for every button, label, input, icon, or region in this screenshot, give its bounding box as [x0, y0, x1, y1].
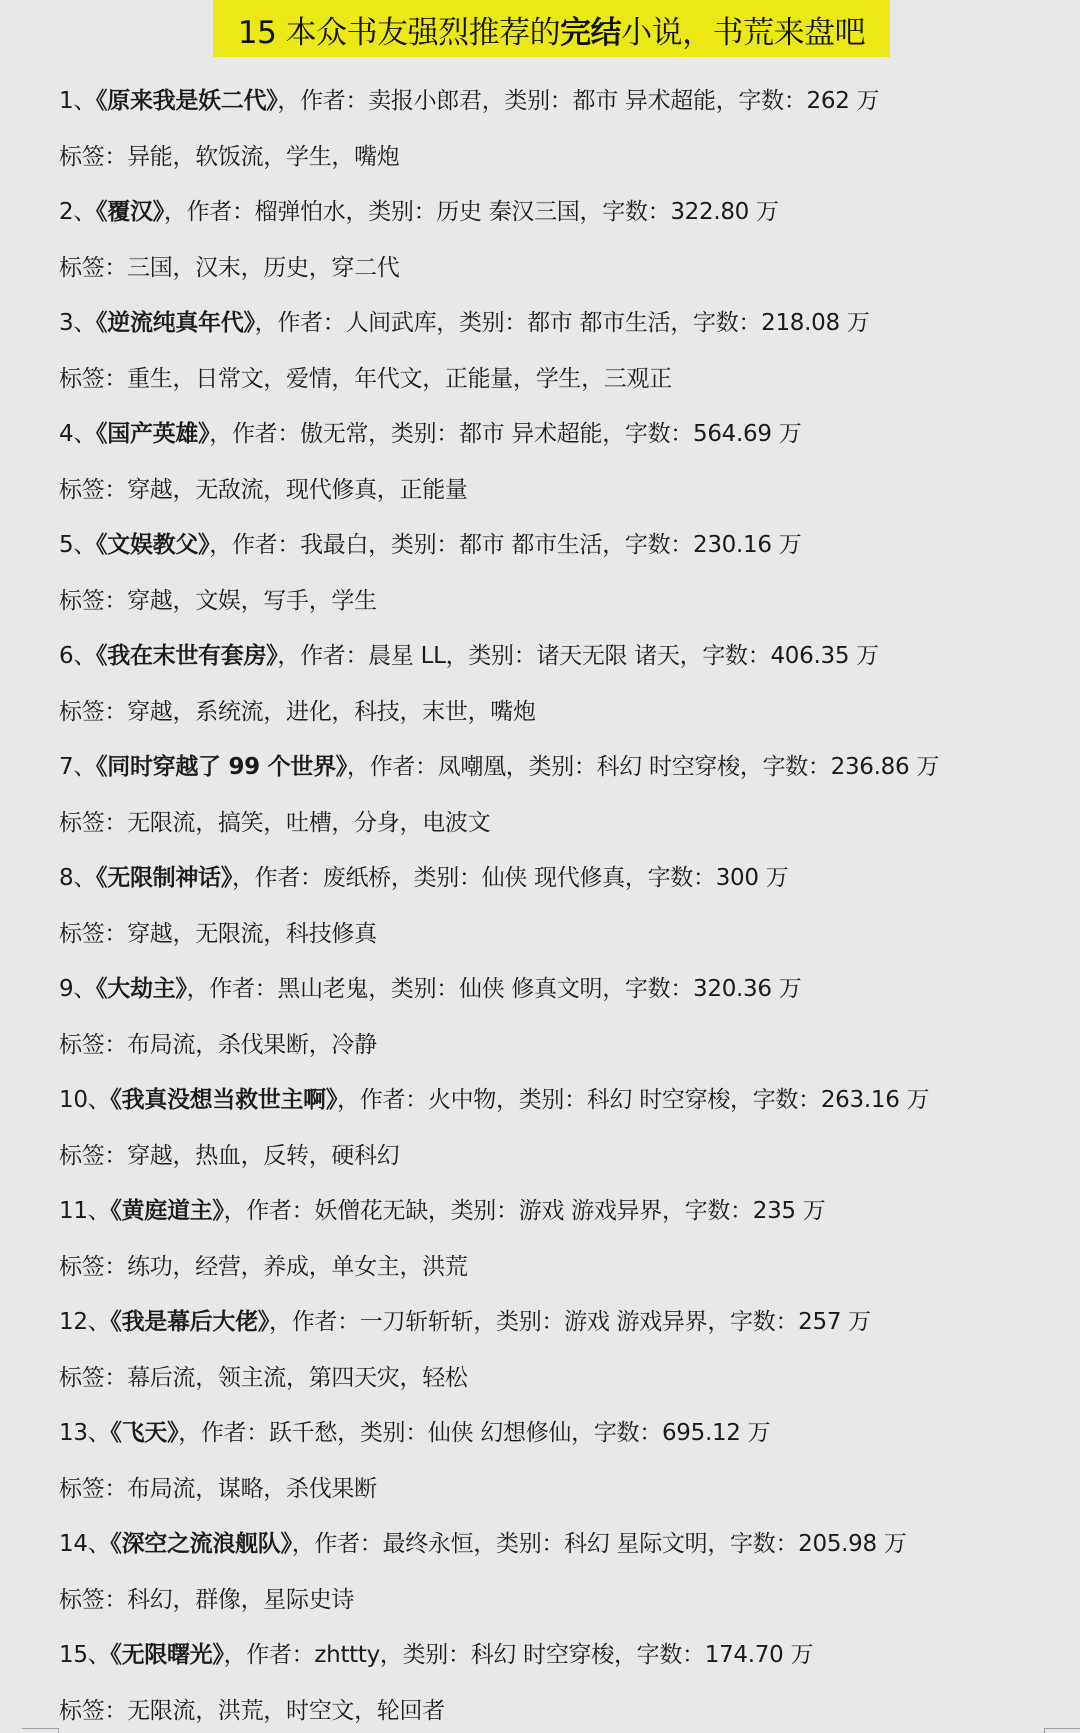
word-count-unit: 万 — [772, 976, 802, 1002]
category-value: 游戏 游戏异界 — [519, 1198, 662, 1224]
book-title: 《国产英雄》 — [96, 421, 209, 447]
book-tags: 标签：穿越，系统流，进化，科技，末世，嘴炮 — [59, 692, 536, 732]
separator: ， — [380, 1642, 403, 1668]
author-value: 晨星 LL — [368, 643, 445, 669]
author-value: 废纸桥 — [323, 865, 391, 891]
separator: ， — [277, 643, 300, 669]
separator: ， — [209, 532, 232, 558]
word-count-value: 235 — [753, 1198, 796, 1224]
book-entry: 8、《无限制神话》，作者：废纸桥，类别：仙侠 现代修真，字数：300 万 — [59, 858, 788, 898]
separator: ， — [345, 199, 368, 225]
author-label: 作者： — [277, 310, 345, 336]
separator: ， — [482, 88, 505, 114]
tags-value: 无限流，搞笑，吐槽，分身，电波文 — [127, 810, 490, 836]
tags-label: 标签： — [59, 588, 127, 614]
word-count-unit: 万 — [783, 1642, 813, 1668]
word-count-label: 字数： — [637, 1642, 705, 1668]
word-count-value: 218.08 — [761, 310, 840, 336]
separator: ， — [716, 88, 739, 114]
author-label: 作者： — [246, 1198, 314, 1224]
word-count-label: 字数： — [685, 1198, 753, 1224]
separator: ， — [224, 1198, 247, 1224]
tags-label: 标签： — [59, 1254, 127, 1280]
book-index: 4、 — [59, 421, 96, 447]
word-count-value: 230.16 — [693, 532, 772, 558]
book-tags: 标签：穿越，无限流，科技修真 — [59, 914, 377, 954]
book-title: 《飞天》 — [110, 1420, 178, 1446]
tags-value: 异能，软饭流，学生，嘴炮 — [127, 144, 399, 170]
book-title: 《大劫主》 — [96, 976, 187, 1002]
book-tags: 标签：穿越，热血，反转，硬科幻 — [59, 1136, 400, 1176]
book-title: 《无限制神话》 — [96, 865, 232, 891]
category-value: 科幻 星际文明 — [564, 1531, 707, 1557]
tags-value: 幕后流，领主流，第四天灾，轻松 — [127, 1365, 468, 1391]
separator: ， — [473, 1309, 496, 1335]
book-tags: 标签：科幻，群像，星际史诗 — [59, 1580, 354, 1620]
book-entry: 15、《无限曙光》，作者：zhttty，类别：科幻 时空穿梭，字数：174.70… — [59, 1635, 813, 1675]
book-index: 1、 — [59, 88, 96, 114]
word-count-value: 406.35 — [770, 643, 849, 669]
separator: ， — [506, 754, 529, 780]
author-value: 黑山老鬼 — [277, 976, 368, 1002]
word-count-label: 字数： — [625, 976, 693, 1002]
category-value: 仙侠 修真文明 — [459, 976, 602, 1002]
category-value: 都市 都市生活 — [459, 532, 602, 558]
separator: ， — [292, 1531, 315, 1557]
author-label: 作者： — [209, 976, 277, 1002]
word-count-label: 字数： — [702, 643, 770, 669]
book-index: 2、 — [59, 199, 96, 225]
book-tags: 标签：布局流，谋略，杀伐果断 — [59, 1469, 377, 1509]
book-index: 13、 — [59, 1420, 110, 1446]
book-title: 《同时穿越了 99 个世界》 — [96, 754, 347, 780]
separator: ， — [670, 310, 693, 336]
book-tags: 标签：无限流，洪荒，时空文，轮回者 — [59, 1691, 445, 1731]
category-label: 类别： — [391, 976, 459, 1002]
tags-label: 标签： — [59, 477, 127, 503]
author-label: 作者： — [232, 532, 300, 558]
author-value: zhttty — [314, 1642, 380, 1668]
separator: ， — [680, 643, 703, 669]
word-count-unit: 万 — [900, 1087, 930, 1113]
tags-label: 标签： — [59, 1032, 127, 1058]
book-index: 12、 — [59, 1309, 110, 1335]
word-count-label: 字数： — [602, 199, 670, 225]
category-value: 科幻 时空穿梭 — [471, 1642, 614, 1668]
book-entry: 7、《同时穿越了 99 个世界》，作者：凤嘲凰，类别：科幻 时空穿梭，字数：23… — [59, 747, 939, 787]
tags-value: 科幻，群像，星际史诗 — [127, 1587, 354, 1613]
separator: ， — [428, 1198, 451, 1224]
separator: ， — [602, 532, 625, 558]
word-count-unit: 万 — [909, 754, 939, 780]
author-value: 跃千愁 — [269, 1420, 337, 1446]
category-value: 科幻 时空穿梭 — [587, 1087, 730, 1113]
tags-value: 三国，汉末，历史，穿二代 — [127, 255, 399, 281]
book-entry: 9、《大劫主》，作者：黑山老鬼，类别：仙侠 修真文明，字数：320.36 万 — [59, 969, 801, 1009]
book-title: 《覆汉》 — [96, 199, 164, 225]
book-tags: 标签：练功，经营，养成，单女主，洪荒 — [59, 1247, 468, 1287]
author-value: 卖报小郎君 — [368, 88, 482, 114]
word-count-unit: 万 — [849, 643, 879, 669]
word-count-value: 300 — [716, 865, 759, 891]
separator: ， — [347, 754, 370, 780]
book-index: 6、 — [59, 643, 96, 669]
tags-value: 练功，经营，养成，单女主，洪荒 — [127, 1254, 468, 1280]
tags-label: 标签： — [59, 1587, 127, 1613]
tags-value: 重生，日常文，爱情，年代文，正能量，学生，三观正 — [127, 366, 672, 392]
book-tags: 标签：异能，软饭流，学生，嘴炮 — [59, 137, 400, 177]
word-count-label: 字数： — [738, 88, 806, 114]
separator: ， — [662, 1198, 685, 1224]
book-index: 10、 — [59, 1087, 110, 1113]
author-value: 一刀斩斩斩 — [360, 1309, 474, 1335]
word-count-value: 263.16 — [821, 1087, 900, 1113]
book-entry: 13、《飞天》，作者：跃千愁，类别：仙侠 幻想修仙，字数：695.12 万 — [59, 1413, 770, 1453]
word-count-unit: 万 — [840, 310, 870, 336]
category-label: 类别： — [496, 1309, 564, 1335]
tags-value: 穿越，系统流，进化，科技，末世，嘴炮 — [127, 699, 536, 725]
separator: ， — [602, 421, 625, 447]
word-count-label: 字数： — [753, 1087, 821, 1113]
title-emphasis: 完结 — [560, 15, 621, 51]
book-entry: 12、《我是幕后大佬》，作者：一刀斩斩斩，类别：游戏 游戏异界，字数：257 万 — [59, 1302, 871, 1342]
word-count-value: 322.80 — [670, 199, 749, 225]
book-index: 11、 — [59, 1198, 110, 1224]
author-value: 人间武库 — [345, 310, 436, 336]
separator: ， — [580, 199, 603, 225]
word-count-value: 174.70 — [705, 1642, 784, 1668]
book-entry: 6、《我在末世有套房》，作者：晨星 LL，类别：诸天无限 诸天，字数：406.3… — [59, 636, 879, 676]
book-entry: 1、《原来我是妖二代》，作者：卖报小郎君，类别：都市 异术超能，字数：262 万 — [59, 81, 879, 121]
word-count-label: 字数： — [594, 1420, 662, 1446]
word-count-label: 字数： — [648, 865, 716, 891]
book-index: 8、 — [59, 865, 96, 891]
tags-label: 标签： — [59, 1143, 127, 1169]
book-title: 《深空之流浪舰队》 — [110, 1531, 291, 1557]
word-count-value: 262 — [807, 88, 850, 114]
book-title: 《我在末世有套房》 — [96, 643, 277, 669]
category-value: 都市 异术超能 — [459, 421, 602, 447]
tags-label: 标签： — [59, 1365, 127, 1391]
separator: ， — [571, 1420, 594, 1446]
separator: ， — [209, 421, 232, 447]
crop-mark-bottom-left — [22, 1728, 59, 1733]
author-value: 火中物 — [428, 1087, 496, 1113]
word-count-unit: 万 — [850, 88, 880, 114]
word-count-value: 320.36 — [693, 976, 772, 1002]
author-label: 作者： — [255, 865, 323, 891]
separator: ， — [496, 1087, 519, 1113]
tags-label: 标签： — [59, 366, 127, 392]
author-label: 作者： — [314, 1531, 382, 1557]
tags-label: 标签： — [59, 810, 127, 836]
author-label: 作者： — [232, 421, 300, 447]
tags-label: 标签： — [59, 699, 127, 725]
author-label: 作者： — [187, 199, 255, 225]
book-entry: 4、《国产英雄》，作者：傲无常，类别：都市 异术超能，字数：564.69 万 — [59, 414, 801, 454]
separator: ， — [337, 1087, 360, 1113]
tags-label: 标签： — [59, 144, 127, 170]
separator: ， — [707, 1531, 730, 1557]
word-count-unit: 万 — [796, 1198, 826, 1224]
separator: ， — [232, 865, 255, 891]
book-entry: 14、《深空之流浪舰队》，作者：最终永恒，类别：科幻 星际文明，字数：205.9… — [59, 1524, 907, 1564]
tags-value: 无限流，洪荒，时空文，轮回者 — [127, 1698, 445, 1724]
book-title: 《原来我是妖二代》 — [96, 88, 277, 114]
author-value: 榴弹怕水 — [255, 199, 346, 225]
book-tags: 标签：布局流，杀伐果断，冷静 — [59, 1025, 377, 1065]
category-value: 游戏 游戏异界 — [564, 1309, 707, 1335]
author-label: 作者： — [201, 1420, 269, 1446]
word-count-label: 字数： — [625, 532, 693, 558]
word-count-value: 695.12 — [662, 1420, 741, 1446]
word-count-value: 257 — [798, 1309, 841, 1335]
separator: ， — [602, 976, 625, 1002]
category-label: 类别： — [360, 1420, 428, 1446]
title-prefix: 15 本众书友强烈推荐的 — [238, 15, 560, 51]
author-value: 凤嘲凰 — [438, 754, 506, 780]
separator: ， — [473, 1531, 496, 1557]
word-count-label: 字数： — [693, 310, 761, 336]
separator: ， — [707, 1309, 730, 1335]
word-count-value: 236.86 — [831, 754, 910, 780]
tags-label: 标签： — [59, 1476, 127, 1502]
author-label: 作者： — [300, 88, 368, 114]
separator: ， — [164, 199, 187, 225]
word-count-unit: 万 — [772, 532, 802, 558]
category-label: 类别： — [459, 310, 527, 336]
separator: ， — [187, 976, 210, 1002]
book-index: 3、 — [59, 310, 96, 336]
separator: ， — [269, 1309, 292, 1335]
separator: ， — [391, 865, 414, 891]
tags-value: 穿越，无敌流，现代修真，正能量 — [127, 477, 468, 503]
book-title: 《黄庭道主》 — [110, 1198, 223, 1224]
word-count-unit: 万 — [877, 1531, 907, 1557]
book-title: 《文娱教父》 — [96, 532, 209, 558]
separator: ， — [224, 1642, 247, 1668]
book-tags: 标签：无限流，搞笑，吐槽，分身，电波文 — [59, 803, 490, 843]
word-count-unit: 万 — [759, 865, 789, 891]
tags-value: 穿越，文娱，写手，学生 — [127, 588, 377, 614]
title-banner: 15 本众书友强烈推荐的完结小说，书荒来盘吧 — [213, 0, 890, 57]
separator: ， — [178, 1420, 201, 1446]
crop-mark-bottom-right — [1044, 1728, 1080, 1733]
separator: ， — [436, 310, 459, 336]
tags-label: 标签： — [59, 255, 127, 281]
tags-value: 布局流，杀伐果断，冷静 — [127, 1032, 377, 1058]
book-tags: 标签：穿越，文娱，写手，学生 — [59, 581, 377, 621]
separator: ， — [368, 532, 391, 558]
book-entry: 11、《黄庭道主》，作者：妖僧花无缺，类别：游戏 游戏异界，字数：235 万 — [59, 1191, 825, 1231]
separator: ， — [446, 643, 469, 669]
word-count-unit: 万 — [841, 1309, 871, 1335]
book-index: 7、 — [59, 754, 96, 780]
book-index: 15、 — [59, 1642, 110, 1668]
word-count-unit: 万 — [772, 421, 802, 447]
word-count-value: 564.69 — [693, 421, 772, 447]
book-entry: 10、《我真没想当救世主啊》，作者：火中物，类别：科幻 时空穿梭，字数：263.… — [59, 1080, 929, 1120]
word-count-unit: 万 — [749, 199, 779, 225]
category-value: 都市 都市生活 — [527, 310, 670, 336]
category-label: 类别： — [529, 754, 597, 780]
category-value: 仙侠 幻想修仙 — [428, 1420, 571, 1446]
separator: ， — [740, 754, 763, 780]
book-index: 9、 — [59, 976, 96, 1002]
separator: ， — [255, 310, 278, 336]
author-label: 作者： — [360, 1087, 428, 1113]
word-count-label: 字数： — [763, 754, 831, 780]
category-value: 都市 异术超能 — [573, 88, 716, 114]
tags-value: 穿越，无限流，科技修真 — [127, 921, 377, 947]
book-tags: 标签：幕后流，领主流，第四天灾，轻松 — [59, 1358, 468, 1398]
tags-value: 穿越，热血，反转，硬科幻 — [127, 1143, 399, 1169]
book-tags: 标签：重生，日常文，爱情，年代文，正能量，学生，三观正 — [59, 359, 672, 399]
separator: ， — [368, 421, 391, 447]
separator: ， — [625, 865, 648, 891]
category-label: 类别： — [403, 1642, 471, 1668]
category-label: 类别： — [391, 421, 459, 447]
book-entry: 2、《覆汉》，作者：榴弹怕水，类别：历史 秦汉三国，字数：322.80 万 — [59, 192, 779, 232]
tags-value: 布局流，谋略，杀伐果断 — [127, 1476, 377, 1502]
author-value: 我最白 — [300, 532, 368, 558]
author-label: 作者： — [300, 643, 368, 669]
author-label: 作者： — [370, 754, 438, 780]
separator: ， — [277, 88, 300, 114]
author-value: 最终永恒 — [383, 1531, 474, 1557]
author-label: 作者： — [292, 1309, 360, 1335]
author-value: 傲无常 — [300, 421, 368, 447]
category-label: 类别： — [496, 1531, 564, 1557]
category-value: 仙侠 现代修真 — [482, 865, 625, 891]
book-entry: 5、《文娱教父》，作者：我最白，类别：都市 都市生活，字数：230.16 万 — [59, 525, 801, 565]
author-value: 妖僧花无缺 — [314, 1198, 428, 1224]
category-label: 类别： — [504, 88, 572, 114]
book-entry: 3、《逆流纯真年代》，作者：人间武库，类别：都市 都市生活，字数：218.08 … — [59, 303, 870, 343]
word-count-unit: 万 — [741, 1420, 771, 1446]
book-index: 5、 — [59, 532, 96, 558]
book-tags: 标签：穿越，无敌流，现代修真，正能量 — [59, 470, 468, 510]
separator: ， — [614, 1642, 637, 1668]
category-label: 类别： — [519, 1087, 587, 1113]
book-tags: 标签：三国，汉末，历史，穿二代 — [59, 248, 400, 288]
category-label: 类别： — [468, 643, 536, 669]
category-value: 诸天无限 诸天 — [536, 643, 679, 669]
category-value: 科幻 时空穿梭 — [597, 754, 740, 780]
category-label: 类别： — [368, 199, 436, 225]
book-title: 《无限曙光》 — [110, 1642, 223, 1668]
category-label: 类别： — [451, 1198, 519, 1224]
category-label: 类别： — [414, 865, 482, 891]
separator: ， — [368, 976, 391, 1002]
book-title: 《我真没想当救世主啊》 — [110, 1087, 337, 1113]
book-title: 《我是幕后大佬》 — [110, 1309, 269, 1335]
separator: ， — [730, 1087, 753, 1113]
word-count-label: 字数： — [625, 421, 693, 447]
page-title: 15 本众书友强烈推荐的完结小说，书荒来盘吧 — [238, 9, 865, 57]
author-label: 作者： — [246, 1642, 314, 1668]
word-count-label: 字数： — [730, 1531, 798, 1557]
tags-label: 标签： — [59, 921, 127, 947]
separator: ， — [337, 1420, 360, 1446]
word-count-label: 字数： — [730, 1309, 798, 1335]
book-index: 14、 — [59, 1531, 110, 1557]
category-label: 类别： — [391, 532, 459, 558]
word-count-value: 205.98 — [798, 1531, 877, 1557]
category-value: 历史 秦汉三国 — [436, 199, 579, 225]
book-title: 《逆流纯真年代》 — [96, 310, 255, 336]
title-suffix: 小说，书荒来盘吧 — [621, 15, 865, 51]
tags-label: 标签： — [59, 1698, 127, 1724]
